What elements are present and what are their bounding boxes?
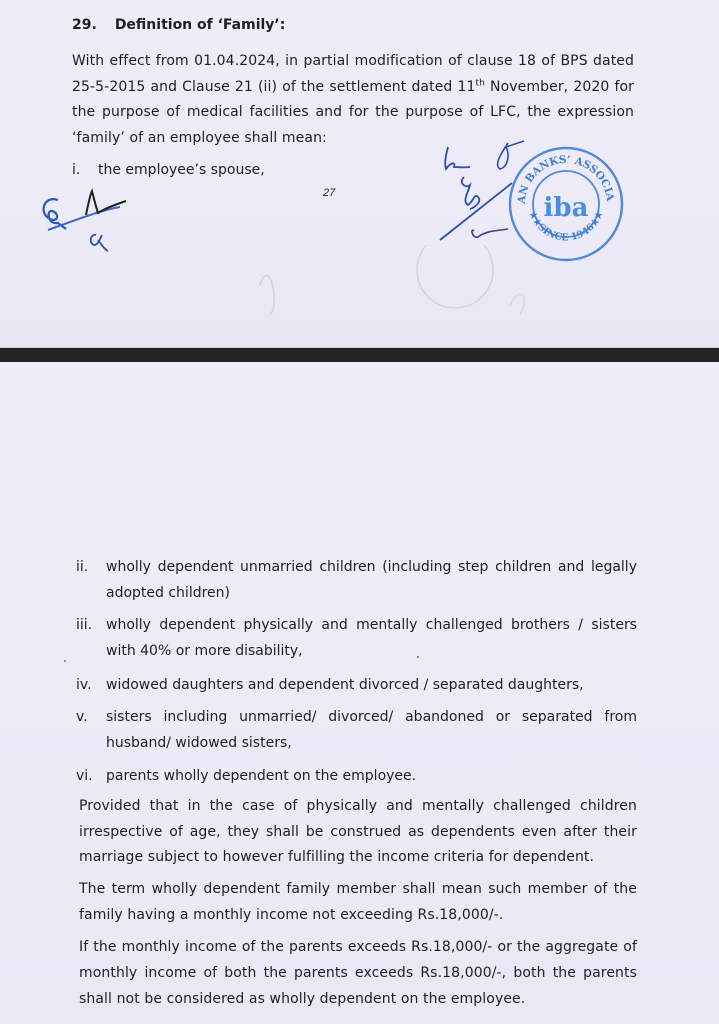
list-text: sisters including unmarried/ divorced/ a… [106,704,637,756]
svg-text:iba: iba [544,193,589,223]
ordinal-superscript: th [476,78,485,88]
page-number: 27 [323,187,335,199]
list-text: widowed daughters and dependent divorced… [106,672,637,698]
intro-paragraph: With effect from 01.04.2024, in partial … [72,49,634,152]
section-number: 29. [72,17,97,33]
list-text: wholly dependent unmarried children (inc… [106,554,637,606]
list-numeral: iv. [76,672,92,698]
list-numeral: i. [72,157,80,183]
dependent-definition-paragraph: The term wholly dependent family member … [79,877,637,928]
list-text: the employee’s spouse, [98,157,398,183]
list-numeral: v. [76,704,88,730]
section-title: Definition of ‘Family’: [115,17,286,33]
list-text: parents wholly dependent on the employee… [106,763,637,789]
list-numeral: iii. [76,612,92,638]
list-text: wholly dependent physically and mentally… [106,612,637,664]
list-numeral: ii. [76,554,88,580]
section-heading: 29.Definition of ‘Family’: [72,17,285,33]
proviso-paragraph: Provided that in the case of physically … [79,794,637,871]
list-numeral: vi. [76,763,93,789]
page-divider [0,347,719,362]
document-page-upper: 29.Definition of ‘Family’: With effect f… [0,0,719,347]
speck [417,656,419,658]
parents-income-paragraph: If the monthly income of the parents exc… [79,934,637,1012]
signature-left-icon [36,185,146,260]
speck [64,660,66,662]
bleed-through-marks-icon [240,245,540,335]
